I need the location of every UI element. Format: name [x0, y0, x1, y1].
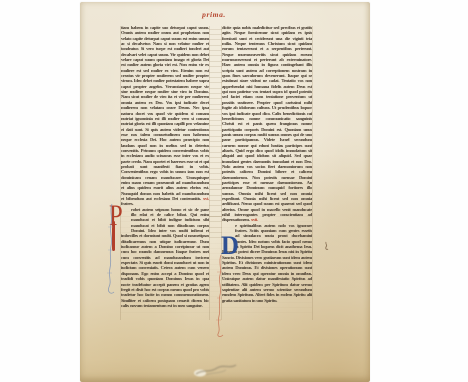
- left-column-text-b: robet autem seipsum homo et sic de pane …: [121, 207, 209, 308]
- left-column-text-after-numeral: fratres.: [121, 201, 133, 206]
- penwork-flourish-blue-icon: [104, 203, 118, 299]
- chapter-numeral-right: xvii.: [251, 217, 258, 222]
- vertical-rule-left-inner: [209, 26, 210, 320]
- running-title: prima.: [184, 11, 244, 19]
- vertical-rule-right-outer: [312, 26, 313, 320]
- text-column-left: tiam habens in capite suo deturpat caput…: [121, 25, 209, 318]
- left-column-text-a: tiam habens in capite suo deturpat caput…: [121, 25, 209, 201]
- manuscript-leaf: prima. tiam habens in capite suo deturpa…: [80, 2, 370, 382]
- text-column-right: dicite quia nobis maledicitur sed precib…: [222, 25, 312, 324]
- right-column-text-a: dicite quia nobis maledicitur sed precib…: [222, 25, 312, 222]
- manuscript-photo: prima. tiam habens in capite suo deturpa…: [0, 0, 468, 382]
- penwork-flourish-red-icon: [214, 254, 226, 338]
- bottom-margin-smudge-icon: [190, 360, 238, 380]
- left-column-chapter-paragraph: robet autem seipsum homo et sic de pane …: [121, 207, 209, 309]
- chapter-numeral-left: xvi.: [203, 196, 209, 201]
- margin-pen-mark-icon: [323, 241, 331, 251]
